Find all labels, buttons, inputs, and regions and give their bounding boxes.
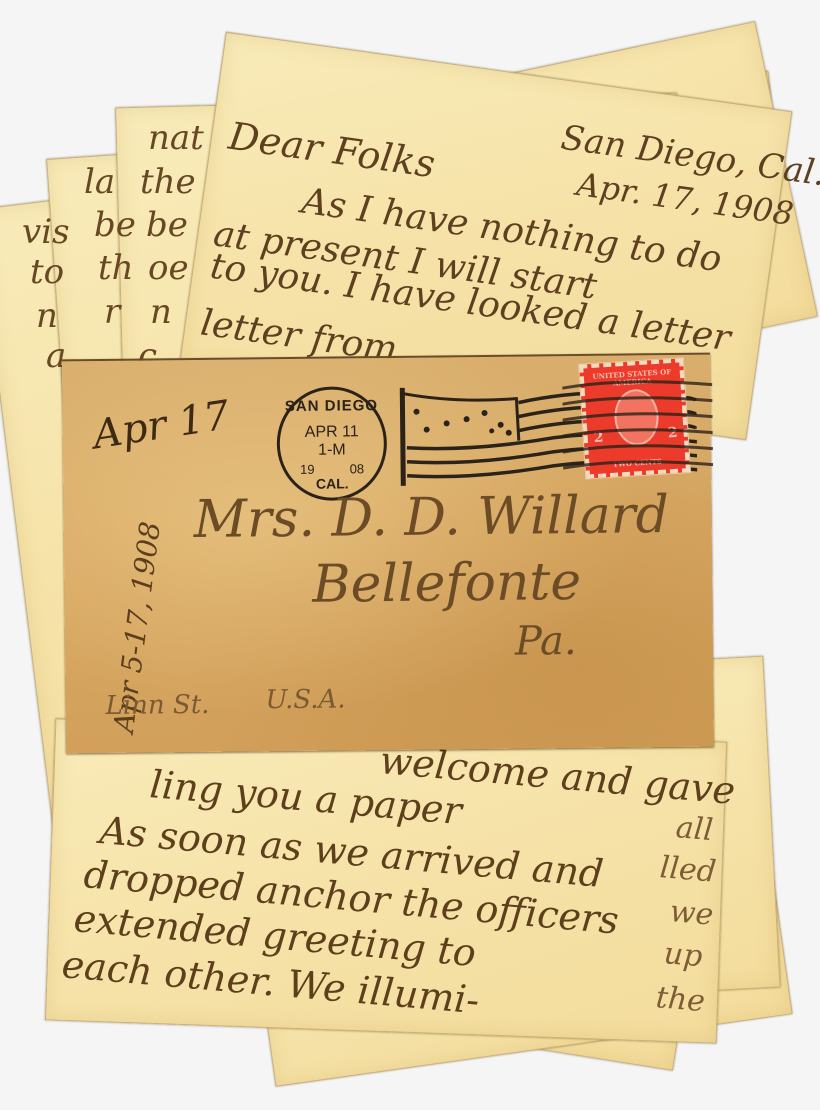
sheet-b-fragment: th [98,248,134,288]
postmark-year-right: 08 [350,461,365,476]
recipient-city: Bellefonte [312,552,581,615]
stamp-denomination: TWO CENTS [589,456,685,470]
sheet-c-fragment: oe [148,248,189,288]
postmark-year-left: 19 [300,462,315,477]
recipient-name: Mrs. D. D. Willard [193,485,669,550]
sheet-b-fragment: be [94,205,136,245]
envelope-docket-note: Apr 17 [90,392,233,458]
envelope-street-note: Linn St. [105,690,209,721]
sheet-a-fragment: vis [22,212,70,252]
postmark-city: SAN DIEGO [279,397,383,415]
right-fragment: the [654,980,706,1019]
stamp-value-right: 2 [667,425,678,442]
right-fragment: we [668,894,714,933]
sheet-b-fragment: r [104,292,120,332]
sheet-c-fragment: the [140,162,196,202]
envelope-country-note: U.S.A. [265,684,345,715]
sheet-a-fragment: to [30,252,64,292]
postmark-date: APR 11 [280,423,384,442]
postmark-icon: SAN DIEGO APR 11 1-M 19 08 CAL. [276,386,387,501]
letters-photo: haw vis to n a la be th r c nat the be o… [0,0,820,1110]
right-fragment: up [662,936,703,974]
sheet-c-fragment: nat [148,118,204,158]
stamp-country: UNITED STATES OF AMERICA [584,367,681,389]
right-fragment: all [674,810,714,848]
recipient-state: Pa. [515,618,577,665]
right-fragment: lled [658,850,717,890]
sheet-b-fragment: la [84,162,115,202]
postmark-time: 1-M [280,441,384,460]
sheet-a-fragment: n [36,296,58,336]
postage-stamp: UNITED STATES OF AMERICA 2 2 TWO CENTS [579,358,690,478]
sheet-c-fragment: n [150,292,172,332]
washington-portrait-icon [613,388,660,447]
sheet-c-fragment: be [146,205,188,245]
stamp-value-left: 2 [593,429,604,446]
envelope: Apr 17 Apr 5-17, 1908 SAN DIEGO APR 11 1… [62,353,714,754]
